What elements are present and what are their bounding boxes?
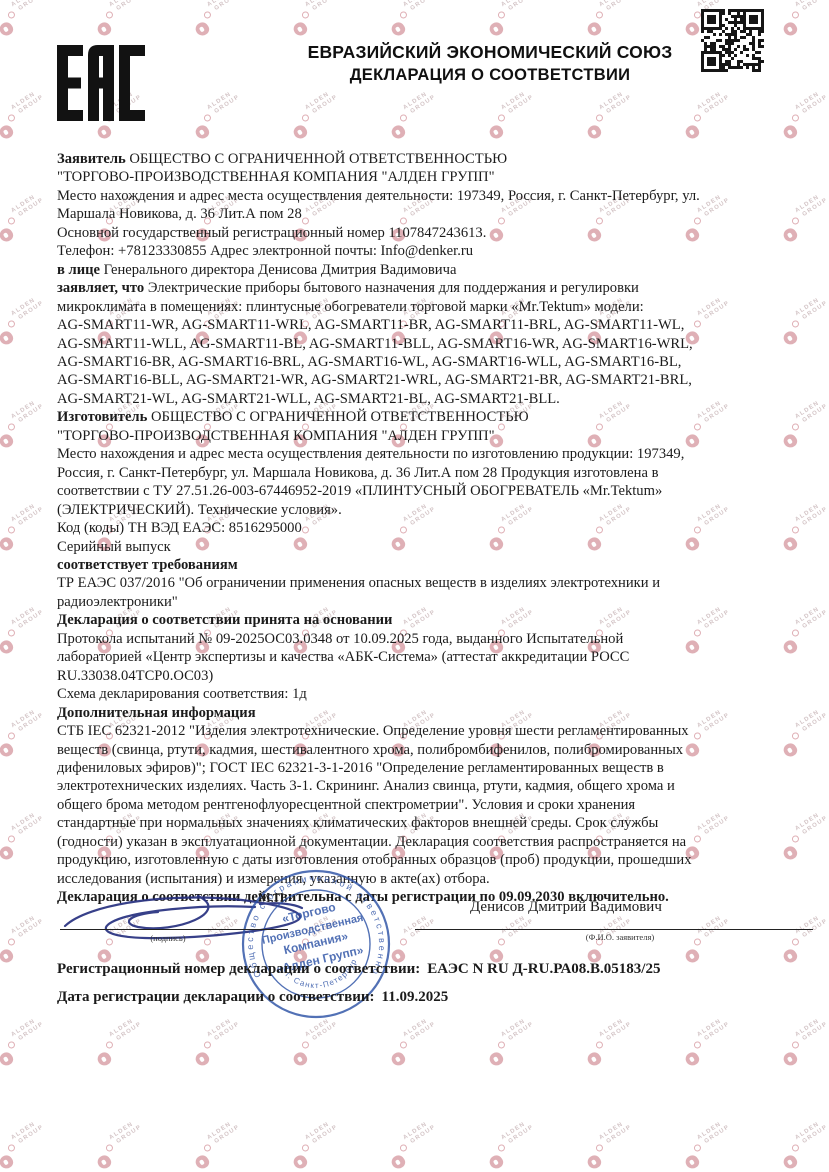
alden-logo-ring-icon xyxy=(497,113,507,123)
alden-logo-mark xyxy=(487,1050,505,1068)
alden-group-label: ALDENGROUP xyxy=(10,1118,45,1148)
alden-group-watermark: ALDENGROUP xyxy=(0,702,61,766)
alden-logo-mark xyxy=(683,20,701,38)
alden-logo-ring-icon xyxy=(7,113,17,123)
signature-caption: (подпись) xyxy=(128,933,208,943)
alden-logo-mark xyxy=(585,1050,603,1068)
alden-group-label: ALDENGROUP xyxy=(598,1015,633,1045)
body-line: Место нахождения и адрес места осуществл… xyxy=(57,187,817,205)
alden-logo-counter xyxy=(787,1159,793,1165)
alden-group-label: ALDENGROUP xyxy=(794,1118,829,1148)
alden-logo-counter xyxy=(493,129,499,135)
alden-group-label: ALDENGROUP xyxy=(500,1015,535,1045)
alden-group-watermark: ALDENGROUP xyxy=(381,1114,453,1172)
alden-logo-counter xyxy=(395,1056,401,1062)
body-line: соответствии с ТУ 27.51.26-003-67446952-… xyxy=(57,482,817,500)
alden-logo-counter xyxy=(101,1159,107,1165)
alden-logo-mark xyxy=(291,123,309,141)
alden-logo-ring-icon xyxy=(791,10,801,20)
alden-group-label: ALDENGROUP xyxy=(108,0,143,15)
alden-logo-mark xyxy=(193,123,211,141)
document-title: ЕВРАЗИЙСКИЙ ЭКОНОМИЧЕСКИЙ СОЮЗ ДЕКЛАРАЦИ… xyxy=(288,41,692,86)
alden-logo-mark xyxy=(781,1153,799,1171)
alden-group-watermark: ALDENGROUP xyxy=(675,84,747,148)
body-line: AG-SMART21-WL, AG-SMART21-WLL, AG-SMART2… xyxy=(57,390,817,408)
body-line: AG-SMART16-BLL, AG-SMART21-WR, AG-SMART2… xyxy=(57,371,817,389)
alden-logo-mark xyxy=(683,1050,701,1068)
alden-logo-mark xyxy=(0,535,15,553)
body-line: "ТОРГОВО-ПРОИЗВОДСТВЕННАЯ КОМПАНИЯ "АЛДЕ… xyxy=(57,168,817,186)
signer-name-caption: (Ф.И.О. заявителя) xyxy=(555,932,685,942)
alden-logo-mark xyxy=(781,20,799,38)
alden-logo-mark xyxy=(0,226,15,244)
body-line: Дополнительная информация xyxy=(57,704,817,722)
alden-logo-mark xyxy=(193,20,211,38)
alden-group-watermark: ALDENGROUP xyxy=(773,908,829,972)
alden-group-watermark: ALDENGROUP xyxy=(381,84,453,148)
alden-logo-ring-icon xyxy=(203,10,213,20)
alden-group-label: ALDENGROUP xyxy=(108,1118,143,1148)
alden-group-label: ALDENGROUP xyxy=(10,706,45,736)
alden-group-watermark: ALDENGROUP xyxy=(283,84,355,148)
alden-logo-ring-icon xyxy=(693,937,703,947)
alden-logo-mark xyxy=(0,1153,15,1171)
body-line: AG-SMART11-WR, AG-SMART11-WRL, AG-SMART1… xyxy=(57,316,817,334)
alden-group-watermark: ALDENGROUP xyxy=(577,84,649,148)
alden-logo-mark xyxy=(389,123,407,141)
alden-group-watermark: ALDENGROUP xyxy=(87,1114,159,1172)
alden-group-watermark: ALDENGROUP xyxy=(577,0,649,45)
alden-logo-ring-icon xyxy=(595,1143,605,1153)
alden-group-watermark: ALDENGROUP xyxy=(773,1011,829,1075)
alden-group-label: ALDENGROUP xyxy=(598,1118,633,1148)
body-line: Схема декларирования соответствия: 1д xyxy=(57,685,817,703)
alden-group-watermark: ALDENGROUP xyxy=(0,84,61,148)
alden-logo-mark xyxy=(95,123,113,141)
body-line: Протокола испытаний № 09-2025ОС03.0348 о… xyxy=(57,630,817,648)
body-line: Код (коды) ТН ВЭД ЕАЭС: 8516295000 xyxy=(57,519,817,537)
alden-logo-counter xyxy=(395,129,401,135)
body-line: лабораторией «Центр экспертизы и качеств… xyxy=(57,648,817,666)
alden-logo-mark xyxy=(683,947,701,965)
alden-logo-ring-icon xyxy=(7,10,17,20)
alden-logo-ring-icon xyxy=(399,1143,409,1153)
alden-group-label: ALDENGROUP xyxy=(500,1118,535,1148)
alden-logo-mark xyxy=(95,20,113,38)
alden-logo-ring-icon xyxy=(203,1143,213,1153)
alden-group-label: ALDENGROUP xyxy=(10,1015,45,1045)
registration-date-value: 11.09.2025 xyxy=(382,989,449,1005)
alden-logo-mark xyxy=(781,1050,799,1068)
alden-logo-counter xyxy=(3,232,9,238)
alden-logo-mark xyxy=(193,1153,211,1171)
body-line: заявляет, что Электрические приборы быто… xyxy=(57,279,817,297)
alden-logo-ring-icon xyxy=(399,10,409,20)
alden-logo-ring-icon xyxy=(301,113,311,123)
alden-logo-counter xyxy=(101,129,107,135)
alden-group-watermark: ALDENGROUP xyxy=(479,1114,551,1172)
alden-group-label: ALDENGROUP xyxy=(794,912,829,942)
alden-logo-counter xyxy=(3,129,9,135)
alden-logo-ring-icon xyxy=(693,113,703,123)
body-line: Основной государственный регистрационный… xyxy=(57,224,817,242)
alden-logo-counter xyxy=(3,953,9,959)
alden-group-watermark: ALDENGROUP xyxy=(577,1011,649,1075)
alden-logo-counter xyxy=(3,26,9,32)
alden-logo-counter xyxy=(199,1056,205,1062)
alden-group-watermark: ALDENGROUP xyxy=(283,1114,355,1172)
alden-group-label: ALDENGROUP xyxy=(500,912,535,942)
alden-logo-mark xyxy=(487,123,505,141)
alden-logo-mark xyxy=(0,844,15,862)
alden-logo-counter xyxy=(591,1159,597,1165)
alden-logo-ring-icon xyxy=(693,1143,703,1153)
alden-logo-counter xyxy=(591,953,597,959)
alden-group-watermark: ALDENGROUP xyxy=(773,0,829,45)
alden-group-watermark: ALDENGROUP xyxy=(0,496,61,560)
alden-logo-ring-icon xyxy=(497,937,507,947)
alden-group-label: ALDENGROUP xyxy=(696,88,731,118)
alden-group-label: ALDENGROUP xyxy=(10,500,45,530)
registration-number-line: Регистрационный номер декларации о соотв… xyxy=(57,961,660,978)
body-line: СТБ IEC 62321-2012 "Изделия электротехни… xyxy=(57,722,817,740)
alden-logo-mark xyxy=(781,123,799,141)
declaration-document-page: ALDENGROUPALDENGROUPALDENGROUPALDENGROUP… xyxy=(0,0,829,1172)
alden-logo-counter xyxy=(3,747,9,753)
alden-logo-ring-icon xyxy=(301,10,311,20)
signer-name: Денисов Дмитрий Вадимович xyxy=(470,899,662,916)
alden-logo-ring-icon xyxy=(301,1040,311,1050)
body-line: Россия, г. Санкт-Петербург, ул. Маршала … xyxy=(57,464,817,482)
alden-logo-counter xyxy=(395,953,401,959)
alden-logo-counter xyxy=(689,953,695,959)
alden-logo-counter xyxy=(3,1159,9,1165)
alden-logo-counter xyxy=(689,26,695,32)
alden-logo-ring-icon xyxy=(7,216,17,226)
body-line: Заявитель ОБЩЕСТВО С ОГРАНИЧЕННОЙ ОТВЕТС… xyxy=(57,150,817,168)
alden-group-label: ALDENGROUP xyxy=(10,191,45,221)
alden-logo-mark xyxy=(683,1153,701,1171)
alden-group-label: ALDENGROUP xyxy=(598,88,633,118)
alden-logo-mark xyxy=(95,1153,113,1171)
alden-group-label: ALDENGROUP xyxy=(10,0,45,15)
body-line: продукцию, изготовленную с даты изготовл… xyxy=(57,851,817,869)
alden-logo-ring-icon xyxy=(7,319,17,329)
alden-logo-ring-icon xyxy=(105,10,115,20)
alden-logo-counter xyxy=(297,26,303,32)
alden-logo-ring-icon xyxy=(7,937,17,947)
alden-logo-mark xyxy=(291,1050,309,1068)
alden-logo-counter xyxy=(297,1159,303,1165)
alden-logo-counter xyxy=(787,26,793,32)
alden-logo-mark xyxy=(0,638,15,656)
alden-logo-counter xyxy=(3,850,9,856)
alden-logo-counter xyxy=(493,1159,499,1165)
alden-logo-counter xyxy=(689,1159,695,1165)
alden-logo-mark xyxy=(0,123,15,141)
alden-logo-mark xyxy=(291,1153,309,1171)
alden-logo-counter xyxy=(591,129,597,135)
alden-logo-counter xyxy=(101,26,107,32)
eac-logo xyxy=(57,45,145,121)
alden-logo-ring-icon xyxy=(595,10,605,20)
alden-logo-counter xyxy=(3,541,9,547)
alden-group-label: ALDENGROUP xyxy=(794,0,829,15)
alden-logo-counter xyxy=(591,26,597,32)
alden-group-watermark: ALDENGROUP xyxy=(0,805,61,869)
registration-date-label: Дата регистрации декларации о соответств… xyxy=(57,989,375,1005)
alden-logo-mark xyxy=(0,329,15,347)
alden-group-label: ALDENGROUP xyxy=(402,912,437,942)
alden-logo-counter xyxy=(199,26,205,32)
alden-group-watermark: ALDENGROUP xyxy=(577,1114,649,1172)
alden-group-label: ALDENGROUP xyxy=(206,1015,241,1045)
alden-logo-counter xyxy=(3,335,9,341)
alden-logo-counter xyxy=(493,953,499,959)
alden-logo-counter xyxy=(689,1056,695,1062)
alden-logo-ring-icon xyxy=(497,10,507,20)
alden-group-label: ALDENGROUP xyxy=(598,0,633,15)
alden-group-watermark: ALDENGROUP xyxy=(283,0,355,45)
alden-logo-ring-icon xyxy=(399,113,409,123)
alden-logo-ring-icon xyxy=(497,1040,507,1050)
alden-group-watermark: ALDENGROUP xyxy=(0,393,61,457)
alden-logo-mark xyxy=(389,1153,407,1171)
alden-logo-mark xyxy=(585,1153,603,1171)
alden-group-label: ALDENGROUP xyxy=(10,397,45,427)
body-line: Телефон: +78123330855 Адрес электронной … xyxy=(57,242,817,260)
alden-logo-ring-icon xyxy=(791,937,801,947)
body-line: RU.33038.04ТСР0.ОС03) xyxy=(57,667,817,685)
alden-logo-ring-icon xyxy=(595,113,605,123)
alden-logo-counter xyxy=(591,1056,597,1062)
alden-group-watermark: ALDENGROUP xyxy=(675,908,747,972)
alden-group-watermark: ALDENGROUP xyxy=(479,1011,551,1075)
alden-group-label: ALDENGROUP xyxy=(206,88,241,118)
alden-group-watermark: ALDENGROUP xyxy=(87,1011,159,1075)
alden-logo-mark xyxy=(585,20,603,38)
body-line: дифениловых эфиров)"; ГОСТ IEC 62321-3-1… xyxy=(57,759,817,777)
body-line: электротехнических изделиях. Часть 3-1. … xyxy=(57,777,817,795)
alden-logo-mark xyxy=(585,123,603,141)
alden-group-label: ALDENGROUP xyxy=(794,88,829,118)
alden-logo-counter xyxy=(395,26,401,32)
alden-group-label: ALDENGROUP xyxy=(10,912,45,942)
alden-logo-mark xyxy=(95,1050,113,1068)
alden-group-label: ALDENGROUP xyxy=(304,1118,339,1148)
alden-group-label: ALDENGROUP xyxy=(402,1118,437,1148)
alden-group-label: ALDENGROUP xyxy=(206,0,241,15)
body-line: AG-SMART11-WLL, AG-SMART11-BL, AG-SMART1… xyxy=(57,335,817,353)
alden-logo-ring-icon xyxy=(399,1040,409,1050)
alden-group-watermark: ALDENGROUP xyxy=(773,1114,829,1172)
alden-logo-mark xyxy=(781,947,799,965)
registration-number-value: ЕАЭС N RU Д-RU.РА08.В.05183/25 xyxy=(427,961,660,977)
alden-group-label: ALDENGROUP xyxy=(304,88,339,118)
alden-logo-mark xyxy=(0,741,15,759)
alden-group-watermark: ALDENGROUP xyxy=(185,1114,257,1172)
body-line: Серийный выпуск xyxy=(57,538,817,556)
alden-logo-counter xyxy=(297,1056,303,1062)
alden-logo-ring-icon xyxy=(7,834,17,844)
stamp-place-label: М.П. xyxy=(258,891,288,907)
body-line: AG-SMART16-BR, AG-SMART16-BRL, AG-SMART1… xyxy=(57,353,817,371)
alden-group-watermark: ALDENGROUP xyxy=(87,0,159,45)
alden-logo-mark xyxy=(487,20,505,38)
alden-group-watermark: ALDENGROUP xyxy=(773,84,829,148)
alden-group-label: ALDENGROUP xyxy=(500,88,535,118)
alden-logo-counter xyxy=(787,129,793,135)
alden-logo-ring-icon xyxy=(7,628,17,638)
alden-logo-counter xyxy=(3,644,9,650)
body-line: соответствует требованиям xyxy=(57,556,817,574)
alden-logo-mark xyxy=(193,1050,211,1068)
registration-number-label: Регистрационный номер декларации о соотв… xyxy=(57,961,420,977)
alden-group-label: ALDENGROUP xyxy=(10,88,45,118)
alden-logo-counter xyxy=(199,129,205,135)
alden-logo-ring-icon xyxy=(301,1143,311,1153)
body-line: микроклимата в помещениях: плинтусные об… xyxy=(57,298,817,316)
body-line: "ТОРГОВО-ПРОИЗВОДСТВЕННАЯ КОМПАНИЯ "АЛДЕ… xyxy=(57,427,817,445)
alden-group-label: ALDENGROUP xyxy=(402,1015,437,1045)
signature-line xyxy=(60,929,288,930)
body-line: Изготовитель ОБЩЕСТВО С ОГРАНИЧЕННОЙ ОТВ… xyxy=(57,408,817,426)
alden-group-label: ALDENGROUP xyxy=(696,1118,731,1148)
body-line: стандартные при нормальных значениях кли… xyxy=(57,814,817,832)
body-line: радиоэлектроники" xyxy=(57,593,817,611)
alden-logo-counter xyxy=(199,953,205,959)
alden-logo-counter xyxy=(395,1159,401,1165)
title-line-declaration: ДЕКЛАРАЦИЯ О СООТВЕТСТВИИ xyxy=(288,64,692,86)
alden-logo-counter xyxy=(493,1056,499,1062)
qr-code xyxy=(701,9,764,72)
body-line: (годности) указан в эксплуатационной док… xyxy=(57,833,817,851)
alden-logo-mark xyxy=(389,20,407,38)
alden-logo-ring-icon xyxy=(497,1143,507,1153)
alden-logo-mark xyxy=(0,1050,15,1068)
alden-logo-mark xyxy=(389,1050,407,1068)
alden-logo-counter xyxy=(199,1159,205,1165)
alden-group-watermark: ALDENGROUP xyxy=(0,187,61,251)
alden-logo-counter xyxy=(101,953,107,959)
body-line: веществ (свинца, ртути, кадмия, шестивал… xyxy=(57,741,817,759)
alden-logo-ring-icon xyxy=(203,1040,213,1050)
alden-group-watermark: ALDENGROUP xyxy=(0,1011,61,1075)
body-lines: Заявитель ОБЩЕСТВО С ОГРАНИЧЕННОЙ ОТВЕТС… xyxy=(57,150,817,907)
body-line: Декларация о соответствии принята на осн… xyxy=(57,611,817,629)
alden-logo-counter xyxy=(297,129,303,135)
alden-group-label: ALDENGROUP xyxy=(696,912,731,942)
alden-logo-ring-icon xyxy=(791,1143,801,1153)
alden-logo-counter xyxy=(3,1056,9,1062)
alden-logo-ring-icon xyxy=(791,113,801,123)
alden-group-label: ALDENGROUP xyxy=(206,1118,241,1148)
signer-name-line xyxy=(415,929,813,930)
alden-group-watermark: ALDENGROUP xyxy=(479,0,551,45)
alden-logo-ring-icon xyxy=(7,731,17,741)
alden-logo-counter xyxy=(493,26,499,32)
alden-logo-mark xyxy=(487,1153,505,1171)
alden-group-watermark: ALDENGROUP xyxy=(0,1114,61,1172)
alden-group-label: ALDENGROUP xyxy=(402,0,437,15)
alden-logo-mark xyxy=(683,123,701,141)
alden-group-label: ALDENGROUP xyxy=(10,294,45,324)
alden-group-label: ALDENGROUP xyxy=(304,0,339,15)
alden-logo-counter xyxy=(787,1056,793,1062)
alden-group-watermark: ALDENGROUP xyxy=(0,290,61,354)
body-line: в лице Генерального директора Денисова Д… xyxy=(57,261,817,279)
alden-logo-ring-icon xyxy=(7,1143,17,1153)
alden-logo-ring-icon xyxy=(105,1040,115,1050)
alden-group-label: ALDENGROUP xyxy=(696,1015,731,1045)
body-line: общего брома методом рентгенофлуоресцент… xyxy=(57,796,817,814)
alden-group-label: ALDENGROUP xyxy=(10,809,45,839)
alden-logo-ring-icon xyxy=(693,1040,703,1050)
alden-logo-ring-icon xyxy=(7,1040,17,1050)
alden-logo-ring-icon xyxy=(105,1143,115,1153)
body-line: Место нахождения и адрес места осуществл… xyxy=(57,445,817,463)
alden-group-label: ALDENGROUP xyxy=(402,88,437,118)
alden-logo-mark xyxy=(0,947,15,965)
registration-date-line: Дата регистрации декларации о соответств… xyxy=(57,989,448,1006)
alden-group-watermark: ALDENGROUP xyxy=(185,84,257,148)
alden-logo-counter xyxy=(3,438,9,444)
alden-logo-mark xyxy=(0,432,15,450)
alden-group-watermark: ALDENGROUP xyxy=(675,1011,747,1075)
alden-group-watermark: ALDENGROUP xyxy=(0,599,61,663)
alden-logo-ring-icon xyxy=(791,1040,801,1050)
alden-group-watermark: ALDENGROUP xyxy=(381,0,453,45)
body-line: Маршала Новикова, д. 36 Лит.А пом 28 xyxy=(57,205,817,223)
alden-logo-mark xyxy=(291,20,309,38)
alden-logo-ring-icon xyxy=(595,1040,605,1050)
title-line-union: ЕВРАЗИЙСКИЙ ЭКОНОМИЧЕСКИЙ СОЮЗ xyxy=(288,41,692,64)
alden-group-watermark: ALDENGROUP xyxy=(0,0,61,45)
alden-logo-mark xyxy=(0,20,15,38)
alden-group-label: ALDENGROUP xyxy=(500,0,535,15)
alden-group-label: ALDENGROUP xyxy=(108,1015,143,1045)
alden-group-watermark: ALDENGROUP xyxy=(185,0,257,45)
alden-logo-ring-icon xyxy=(203,113,213,123)
alden-logo-counter xyxy=(689,129,695,135)
body-line: (ЭЛЕКТРИЧЕСКИЙ). Технические условия». xyxy=(57,501,817,519)
alden-group-watermark: ALDENGROUP xyxy=(479,84,551,148)
alden-group-label: ALDENGROUP xyxy=(794,1015,829,1045)
alden-logo-ring-icon xyxy=(399,937,409,947)
alden-logo-counter xyxy=(101,1056,107,1062)
alden-logo-ring-icon xyxy=(7,422,17,432)
body-line: ТР ЕАЭС 037/2016 "Об ограничении примене… xyxy=(57,574,817,592)
alden-group-label: ALDENGROUP xyxy=(10,603,45,633)
alden-logo-ring-icon xyxy=(7,525,17,535)
alden-group-watermark: ALDENGROUP xyxy=(675,1114,747,1172)
alden-logo-counter xyxy=(787,953,793,959)
